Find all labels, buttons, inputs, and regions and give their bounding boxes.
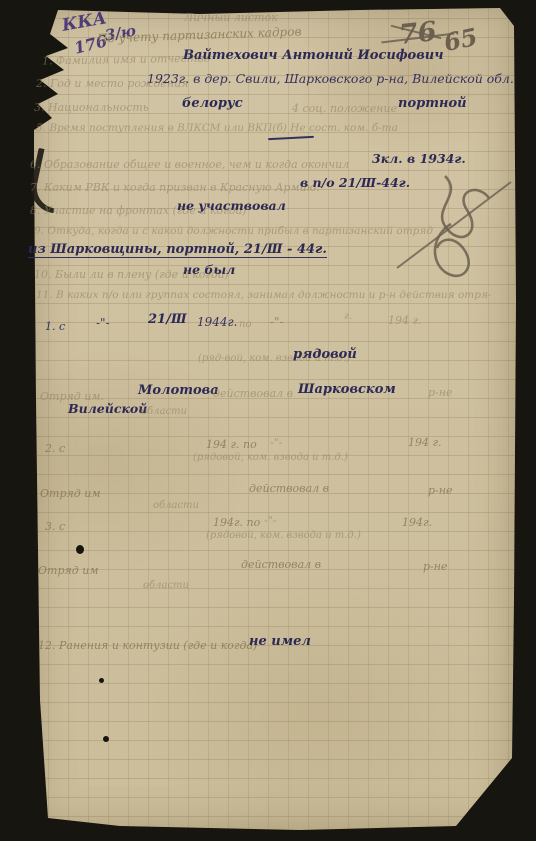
svc3-acted-label: действовал в: [241, 559, 321, 570]
svc1-region: Шарковском: [298, 383, 396, 396]
document-title-line1: Личный листок: [184, 12, 278, 23]
svc1-oblast-name: Вилейской: [68, 403, 147, 416]
svc2-acted-label: действовал в: [249, 483, 329, 494]
svc2-year-to: 194 г.: [408, 437, 442, 448]
svc1-year-to: 194 г.: [388, 315, 422, 326]
q3-answer: белорус: [182, 97, 243, 110]
q9-answer: из Шарковщины, портной, 21/Ⅲ - 44г.: [28, 243, 327, 258]
page-number-current: 65: [442, 25, 480, 55]
paper-hole: [99, 678, 104, 683]
pencil-scribble: [393, 168, 513, 290]
q5-answer-dash: [268, 136, 314, 140]
svc2-rank-hint: (рядовой, ком. взвода и т.д.): [193, 453, 348, 463]
svc3-ditto: -"-: [264, 515, 277, 526]
svc1-acted-label: действовал в: [213, 388, 293, 399]
q4-label: 4 соц. положение: [292, 103, 397, 114]
svc2-ditto: -"-: [270, 437, 283, 448]
svc1-g-label: г.: [344, 312, 352, 322]
q12-label: 12. Ранения и контузии (где и когда): [38, 640, 257, 651]
q6-label: 6. Образование общее и военное, чем и ко…: [30, 159, 349, 170]
svc3-num: 3. с: [45, 521, 65, 532]
q12-answer: не имел: [249, 635, 311, 648]
svc2-oblast-label: области: [153, 501, 199, 511]
svc3-year-to: 194г.: [402, 517, 432, 528]
q2-answer: 1923г. в дер. Свили, Шарковского р-на, В…: [147, 73, 514, 86]
svc1-po-label: по: [239, 320, 251, 330]
svc2-otryad-label: Отряд им: [40, 488, 100, 499]
svc2-years: 194 г. по: [206, 439, 257, 450]
q11-label: 11. В каких п/о или группах состоял, зан…: [36, 290, 491, 301]
svc2-rn-label: р-не: [428, 485, 453, 496]
svc3-oblast-label: области: [143, 581, 189, 591]
q6-answer: 3кл. в 1934г.: [372, 153, 466, 166]
svc3-years: 194г. по: [213, 517, 260, 528]
q4-answer: портной: [398, 97, 467, 110]
svc3-rn-label: р-не: [423, 561, 448, 572]
svc3-rank-hint: (рядовой, ком. взвода и т.д.): [206, 531, 361, 541]
svc1-otryad-name: Молотова: [138, 384, 219, 397]
paper-hole: [103, 736, 109, 742]
q5-label: 5. Время поступления в ВЛКСМ или ВКП(б) …: [36, 123, 398, 134]
svc3-otryad-label: Отряд им: [38, 565, 98, 576]
svc2-num: 2. с: [45, 443, 65, 454]
q1-answer: Вайтехович Антоний Иосифович: [183, 49, 444, 62]
q8-answer: не участвовал: [177, 200, 286, 213]
q7-label: 7. Каким РВК и когда призван в Красную А…: [30, 182, 320, 193]
q10-answer: не был: [183, 264, 235, 277]
svc1-date-from: 21/Ⅲ: [148, 313, 187, 326]
scanned-document-photo: { "document": { "archive_stamp": { "l1":…: [0, 0, 536, 841]
svc1-oblast-label: области: [141, 407, 187, 417]
q3-label: 3. Национальность: [34, 102, 149, 113]
paper-hole: [76, 545, 84, 554]
svc1-rn-label: р-не: [428, 387, 453, 398]
svc1-num: 1. с: [45, 321, 65, 332]
svc1-ditto-from: -"-: [96, 317, 110, 329]
svc1-rank: рядовой: [293, 348, 357, 361]
document-content: ККА 176 3/ю 76 65 Личный листок По учету…: [0, 0, 536, 841]
svc1-ditto-to: -"-: [270, 316, 284, 328]
q9-label: 9. Откуда, когда и с какой должности при…: [34, 226, 433, 237]
svc1-year-from: 1944г.: [197, 316, 237, 328]
